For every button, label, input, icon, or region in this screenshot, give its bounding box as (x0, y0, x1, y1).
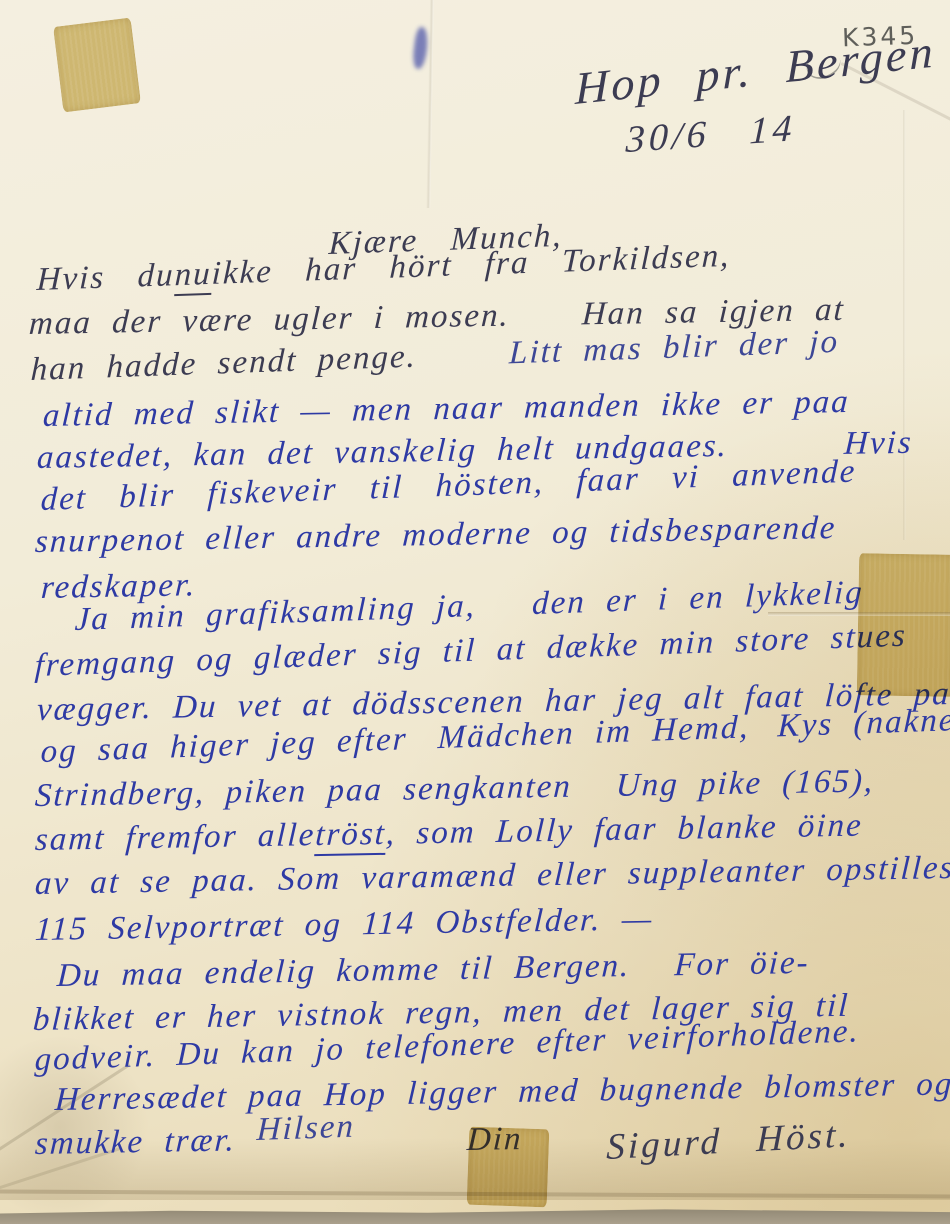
ink-smudge (411, 26, 429, 69)
line-13-a: Strindberg, piken paa sengkanten (34, 769, 573, 815)
fold-crease-top-center (426, 0, 434, 208)
tape-patch-right (857, 553, 950, 697)
letter-line-17: Du maa endelig komme til Bergen.For öie- (56, 945, 811, 995)
line-09-b: den er i en lykkelig (531, 575, 864, 624)
line-13-b: Ung pike (165), (615, 763, 875, 804)
fold-crease-right (903, 110, 906, 540)
line-17-b: For öie- (673, 945, 810, 984)
letter-line-13: Strindberg, piken paa sengkantenUng pike… (34, 763, 875, 815)
letter-line-14: samt fremfor alle tröst, som Lolly faar … (34, 808, 864, 859)
line-01-pre: Hvis du (36, 257, 175, 299)
letter-line-15: av at se paa. Som varamænd eller supplea… (34, 850, 950, 903)
letter-line-21: smukke trær. (34, 1123, 237, 1163)
line-14-pre: samt fremfor alle (34, 817, 316, 859)
letter-place: Hop pr. Bergen (575, 25, 936, 115)
tape-patch-top-left (53, 18, 141, 113)
letter-scan: K345 Hop pr. Bergen 30/6 14 Kjære Munch,… (0, 0, 950, 1224)
line-03-a: han hadde sendt penge. (30, 339, 418, 389)
line-02-a: maa der være ugler i mosen. (28, 298, 511, 343)
letter-line-07: snurpenot eller andre moderne og tidsbes… (34, 510, 837, 561)
line-14-underlined: tröst (314, 816, 387, 856)
letter-line-16: 115 Selvportræt og 114 Obstfelder. — (34, 901, 654, 949)
line-17-a: Du maa endelig komme til Bergen. (56, 948, 631, 995)
letter-line-20: Herresædet paa Hop ligger med bugnende b… (54, 1066, 950, 1119)
tape-patch-bottom (467, 1127, 550, 1208)
letter-date: 30/6 14 (625, 106, 796, 162)
line-01-post: ikke har hört fra Torkildsen, (211, 238, 731, 293)
line-12-c: Kys (nakne) (777, 702, 950, 746)
line-01-underlined: nu (174, 256, 212, 296)
line-14-post: , som Lolly faar blanke öine (385, 808, 864, 853)
closing-hilsen: Hilsen (256, 1109, 356, 1149)
line-12-a: og saa higer jeg efter (40, 721, 408, 771)
scan-bed-edge (0, 1207, 950, 1224)
signature: Sigurd Höst. (606, 1113, 851, 1169)
